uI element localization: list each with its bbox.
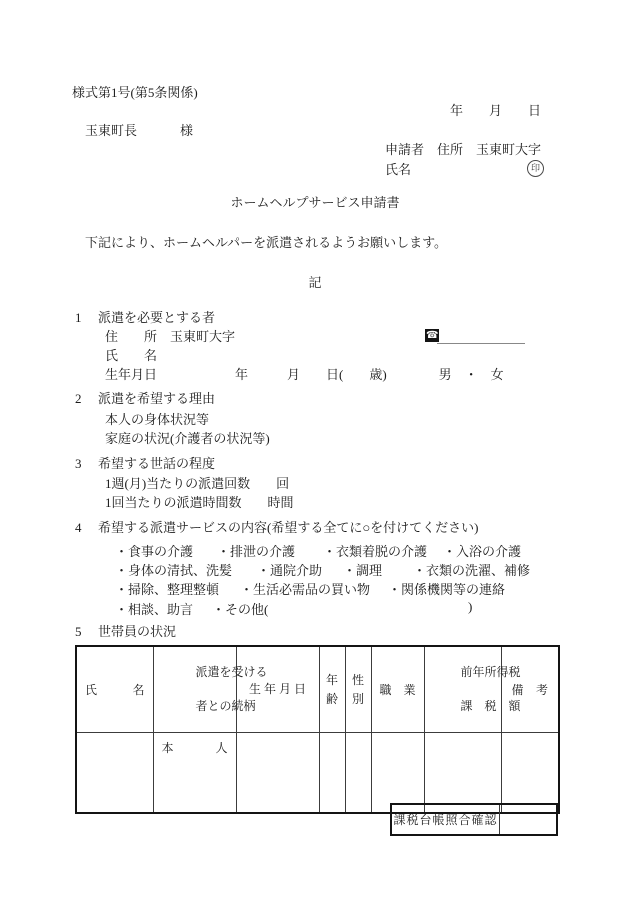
recipient-address-line: 住 所 玉東町大字 <box>105 329 235 344</box>
col-header-age-bottom: 齢 <box>326 692 338 706</box>
service-option-agency-contact[interactable]: ・関係機関等の連絡 <box>388 579 505 598</box>
service-option-shopping[interactable]: ・生活必需品の買い物 <box>240 579 370 598</box>
dispatch-frequency-line: 1週(月)当たりの派遣回数 回 <box>105 476 289 491</box>
col-header-age-top: 年 <box>326 673 338 687</box>
dispatch-hours-line: 1回当たりの派遣時間数 時間 <box>105 495 294 510</box>
service-option-cooking[interactable]: ・調理 <box>343 560 382 579</box>
relation-self-left: 本 <box>162 739 174 756</box>
section-1-number: 1 <box>75 310 82 325</box>
reason-physical-condition-line: 本人の身体状況等 <box>105 412 209 427</box>
col-header-sex-bottom: 別 <box>352 692 364 706</box>
section-5-heading: 世帯員の状況 <box>98 624 176 639</box>
service-option-consultation[interactable]: ・相談、助言 <box>115 599 193 618</box>
col-header-relation-line2: 者との続柄 <box>196 699 256 713</box>
section-3-number: 3 <box>75 456 82 471</box>
col-header-name: 氏 名 <box>76 646 153 733</box>
section-2-number: 2 <box>75 391 82 406</box>
form-number: 様式第1号(第5条関係) <box>72 85 198 100</box>
tax-register-confirmation-blank[interactable] <box>500 805 556 834</box>
date-line: 年 月 日 <box>450 103 541 118</box>
cell-income-tax[interactable] <box>424 733 501 813</box>
household-members-table: 氏 名 派遣を受ける 者との続柄 生 年 月 日 年 齢 <box>75 645 560 814</box>
recipient-name-line: 氏 名 <box>105 348 157 363</box>
col-header-tax-line1: 前年所得税 <box>461 665 521 679</box>
service-option-other[interactable]: ・その他( <box>212 599 268 618</box>
col-header-birthdate: 生 年 月 日 <box>236 646 319 733</box>
applicant-name-label: 氏名 <box>385 162 411 177</box>
service-option-bathing-care[interactable]: ・入浴の介護 <box>443 541 521 560</box>
col-header-relation: 派遣を受ける 者との続柄 <box>153 646 236 733</box>
cell-name[interactable] <box>76 733 153 813</box>
service-option-excretion-care[interactable]: ・排泄の介護 <box>217 541 295 560</box>
col-header-name-left: 氏 <box>85 681 97 698</box>
col-header-occupation-right: 業 <box>403 681 415 698</box>
cell-remarks[interactable] <box>501 733 559 813</box>
section-5-number: 5 <box>75 624 82 639</box>
tax-register-confirmation-box: 課税台帳照合確認 <box>390 803 558 836</box>
col-header-sex-top: 性 <box>352 673 364 687</box>
col-header-remarks: 備 考 <box>501 646 559 733</box>
col-header-age: 年 齢 <box>319 646 345 733</box>
cell-age[interactable] <box>319 733 345 813</box>
cell-birthdate[interactable] <box>236 733 319 813</box>
col-header-remarks-right: 考 <box>536 681 548 698</box>
col-header-income-tax: 前年所得税 課 税 額 <box>424 646 501 733</box>
addressee: 玉東町長 <box>85 123 137 138</box>
section-3-heading: 希望する世話の程度 <box>98 456 215 471</box>
cell-occupation[interactable] <box>371 733 424 813</box>
tax-register-confirmation-label: 課税台帳照合確認 <box>392 805 500 834</box>
service-option-other-close-paren: ) <box>468 599 472 615</box>
col-header-sex: 性 別 <box>345 646 371 733</box>
service-option-hospital-visit[interactable]: ・通院介助 <box>257 560 322 579</box>
table-row: 本 人 <box>76 733 559 813</box>
intro-text: 下記により、ホームヘルパーを派遣されるようお願いします。 <box>85 235 447 250</box>
phone-number-blank[interactable] <box>437 330 525 344</box>
col-header-name-right: 名 <box>132 681 144 698</box>
table-header-row: 氏 名 派遣を受ける 者との続柄 生 年 月 日 年 齢 <box>76 646 559 733</box>
col-header-occupation: 職 業 <box>371 646 424 733</box>
cell-sex[interactable] <box>345 733 371 813</box>
section-4-number: 4 <box>75 520 82 535</box>
service-option-body-wiping[interactable]: ・身体の清拭、洗髪 <box>115 560 232 579</box>
section-4-heading: 希望する派遣サービスの内容(希望する全てに○を付けてください) <box>98 520 479 535</box>
service-option-laundry[interactable]: ・衣類の洗濯、補修 <box>413 560 530 579</box>
page-title: ホームヘルプサービス申請書 <box>0 195 630 210</box>
application-form-page: 様式第1号(第5条関係) 年 月 日 玉東町長 様 申請者 住所 玉東町大字 氏… <box>0 0 630 915</box>
col-header-occupation-left: 職 <box>380 681 392 698</box>
section-1-heading: 派遣を必要とする者 <box>98 310 215 325</box>
applicant-address-line: 申請者 住所 玉東町大字 <box>385 142 541 157</box>
service-option-dressing-care[interactable]: ・衣類着脱の介護 <box>323 541 427 560</box>
seal-icon: 印 <box>527 160 544 177</box>
cell-relation: 本 人 <box>153 733 236 813</box>
reason-family-condition-line: 家庭の状況(介護者の状況等) <box>105 431 270 446</box>
col-header-tax-line2: 課 税 額 <box>461 699 521 713</box>
service-option-cleaning[interactable]: ・掃除、整理整頓 <box>115 579 219 598</box>
recipient-birthdate-line: 生年月日 年 月 日( 歳) 男 ・ 女 <box>105 367 504 382</box>
col-header-remarks-left: 備 <box>512 681 524 698</box>
relation-self-right: 人 <box>215 739 227 756</box>
ki-marker: 記 <box>0 275 630 290</box>
addressee-honorific: 様 <box>180 123 193 138</box>
section-2-heading: 派遣を希望する理由 <box>98 391 215 406</box>
col-header-relation-line1: 派遣を受ける <box>196 665 268 679</box>
service-option-meal-care[interactable]: ・食事の介護 <box>115 541 193 560</box>
